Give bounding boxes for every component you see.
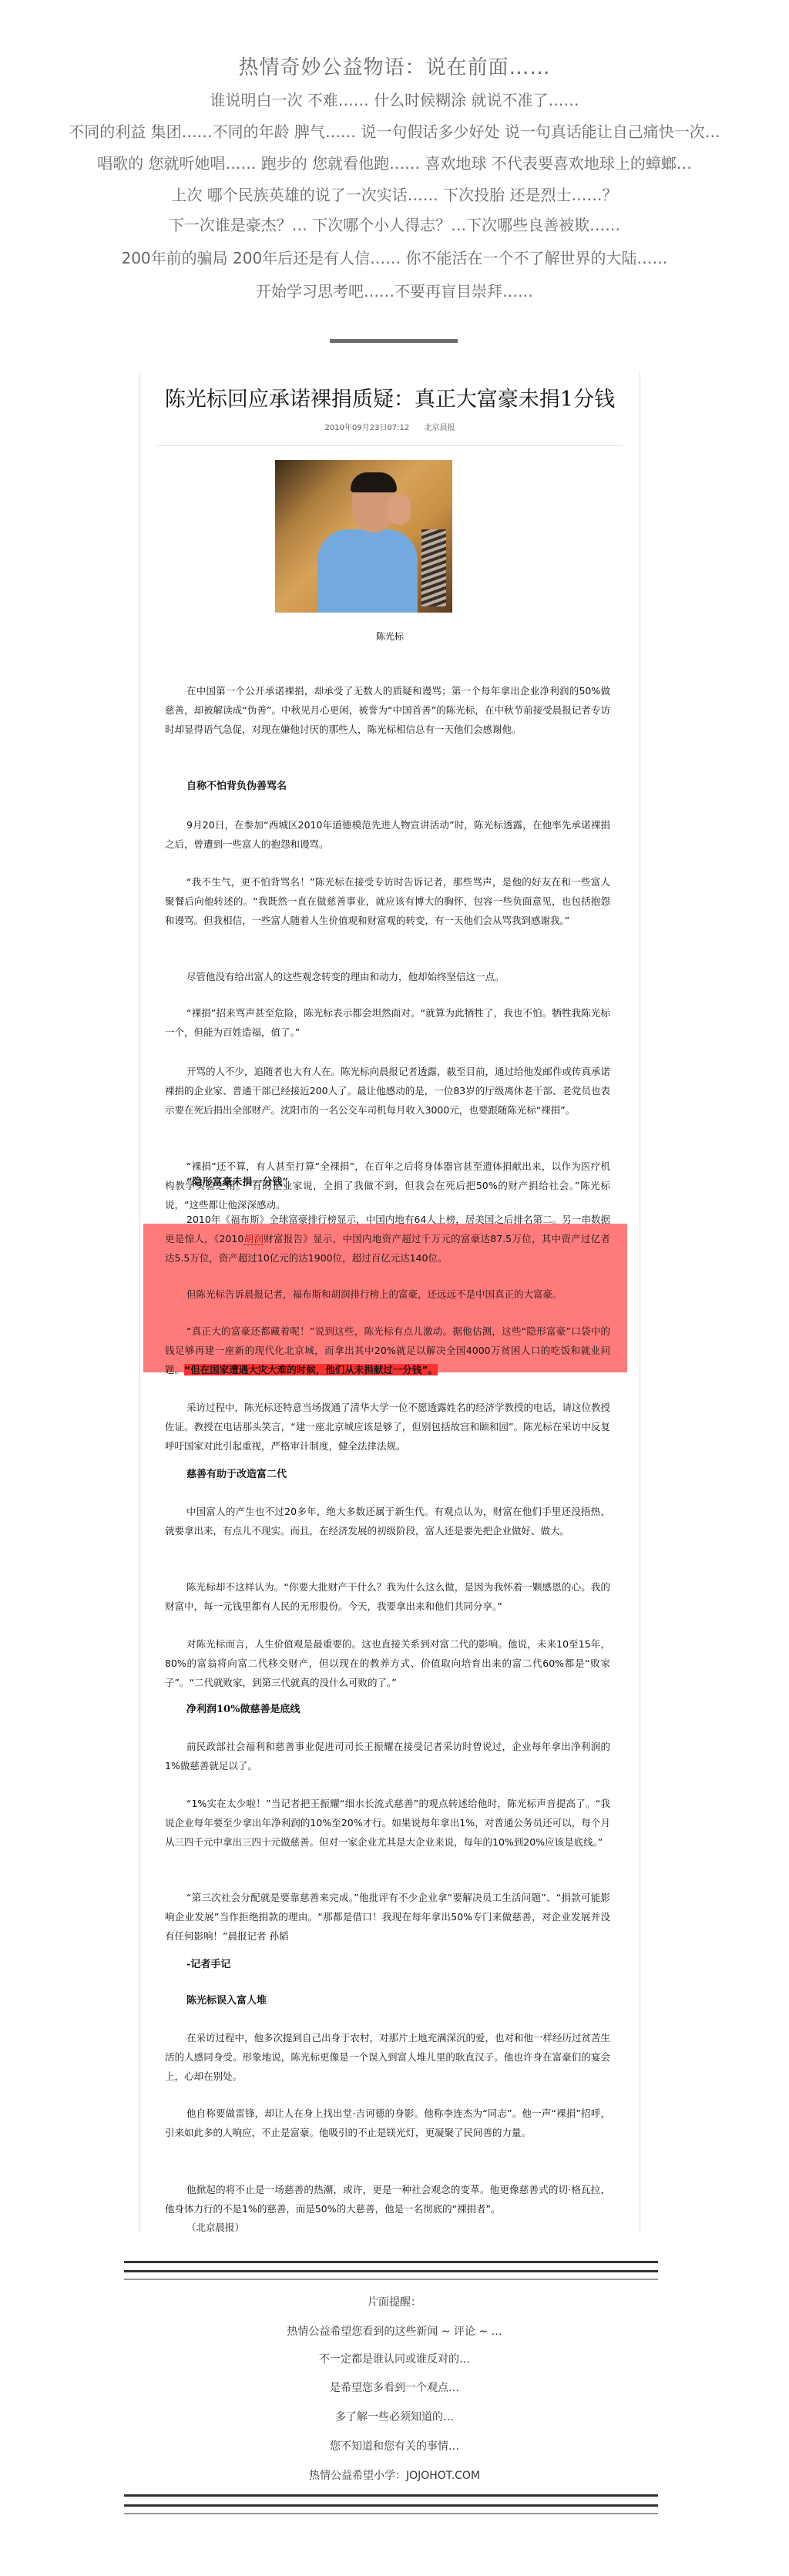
section-heading: 慈善有助于改造富二代 <box>186 1465 287 1484</box>
intro-line: 开始学习思考吧……不要再盲目崇拜…… <box>0 281 789 301</box>
footer-rule-bottom <box>124 2494 658 2497</box>
paragraph: 前民政部社会福利和慈善事业促进司司长王振耀在接受记者采访时曾说过，企业每年拿出净… <box>165 1737 610 1775</box>
article-title: 陈光标回应承诺裸捐质疑：真正大富豪未捐1分钱 <box>140 382 640 412</box>
article-source-footer: （北京晨报） <box>165 2218 610 2237</box>
intro-line: 唱歌的 您就听她唱…… 跑步的 您就看他跑…… 喜欢地球 不代表要喜欢地球上的蟑… <box>0 153 789 173</box>
footer-rule-top <box>124 2261 658 2263</box>
paragraph: 采访过程中，陈光标还特意当场拨通了清华大学一位不愿透露姓名的经济学教授的电话，请… <box>165 1398 610 1456</box>
footer-site-link[interactable]: 热情公益希望小学：JOJOHOT.COM <box>0 2469 789 2483</box>
paragraph: 在中国第一个公开承诺裸捐，却承受了无数人的质疑和谩骂；第一个每年拿出企业净利润的… <box>165 681 610 739</box>
paragraph: “裸捐”招来骂声甚至危险，陈光标表示都会坦然面对。“就算为此牺牲了，我也不怕。牺… <box>165 1003 610 1042</box>
footer-line: 多了解一些必须知道的… <box>0 2410 789 2424</box>
paragraph: “真正大的富豪还都藏着呢！”说到这些，陈光标有点儿激动。据他估测，这些“隐形富豪… <box>165 1322 610 1379</box>
footer-rule-bottom <box>124 2513 658 2514</box>
paragraph: 9月20日，在参加“西城区2010年道德模范先进人物宣讲活动”时，陈光标透露，在… <box>165 815 610 854</box>
section-heading: “隐形富豪未捐一分钱” <box>186 1173 288 1192</box>
footer-line: 您不知道和您有关的事情… <box>0 2440 789 2453</box>
highlighted-quote: “但在国家遭遇大灾大难的时候，他们从未捐献过一分钱”。 <box>184 1364 438 1375</box>
intro-line: 不同的利益 集团……不同的年龄 脾气…… 说一句假话多少好处 说一句真话能让自己… <box>0 122 789 142</box>
paragraph: 中国富人的产生也不过20多年，绝大多数还属于新生代。有观点认为，财富在他们手里还… <box>165 1502 610 1540</box>
photo-hair <box>351 472 397 492</box>
section-heading: 净利润10%做慈善是底线 <box>186 1700 300 1719</box>
intro-title: 热情奇妙公益物语：说在前面…… <box>0 55 789 80</box>
intro-line: 上次 哪个民族英雄的说了一次实话…… 下次投胎 还是烈士……？ <box>0 185 789 205</box>
intro-line: 200年前的骗局 200年后还是有人信…… 你不能活在一个不了解世界的大陆…… <box>0 248 789 268</box>
section-heading: 自称不怕背负伪善骂名 <box>186 777 287 796</box>
paragraph: “1%实在太少啦！”当记者把王振耀“细水长流式慈善”的观点转述给他时，陈光标声音… <box>165 1794 610 1852</box>
paragraph: 在采访过程中，他多次提到自己出身于农村，对那片土地充满深沉的爱，也对和他一样经历… <box>165 2028 610 2086</box>
paragraph: 陈光标却不这样认为。“你要大批财产干什么？我为什么这么做，是因为我怀着一颗感恩的… <box>165 1577 610 1616</box>
photo-fist <box>388 494 411 525</box>
footer-line: 片面提醒： <box>0 2296 789 2309</box>
article-source: 北京晨报 <box>424 424 455 432</box>
footer-line: 不一定都是谁认同或谁反对的… <box>0 2353 789 2366</box>
section-heading: 陈光标误入富人堆 <box>186 1991 267 2010</box>
intro-divider <box>330 339 458 343</box>
hurun-link[interactable]: 胡润 <box>243 1233 264 1245</box>
paragraph: 他自称要做雷锋，却让人在身上找出堂·吉诃德的身影。他称李连杰为“同志”。他一声“… <box>165 2104 610 2142</box>
photo-shirt <box>317 529 418 613</box>
photo-caption: 陈光标 <box>140 630 640 643</box>
footer-line: 是希望您多看到一个观点… <box>0 2381 789 2395</box>
article-datetime: 2010年09月23日07:12 <box>325 424 410 432</box>
footer-rule-bottom <box>124 2504 658 2507</box>
paragraph: 尽管他没有给出富人的这些观念转变的理由和动力，他却始终坚信这一点。 <box>165 967 610 986</box>
article-divider <box>157 445 623 446</box>
paragraph: 2010年《福布斯》全球富豪排行榜显示，中国内地有64人上榜，居美国之后排名第二… <box>165 1210 610 1268</box>
paragraph: 开骂的人不少，追随者也大有人在。陈光标向晨报记者透露，截至目前，通过给他发邮件或… <box>165 1062 610 1120</box>
section-heading: -记者手记 <box>186 1955 230 1974</box>
article-frame: 陈光标回应承诺裸捐质疑：真正大富豪未捐1分钱 2010年09月23日07:12 … <box>139 373 640 2233</box>
paragraph: 他掀起的将不止是一场慈善的热潮，或许，更是一种社会观念的变革。他更像慈善式的切·… <box>165 2180 610 2218</box>
paragraph: “我不生气，更不怕背骂名！”陈光标在接受专访时告诉记者，那些骂声，是他的好友在和… <box>165 872 610 930</box>
footer-line: 热情公益希望您看到的这些新闻 ~ 评论 ~ … <box>0 2325 789 2339</box>
footer-rule-top <box>124 2279 658 2280</box>
photo-cushion <box>421 529 446 606</box>
article-photo <box>275 460 452 613</box>
intro-line: 谁说明白一次 不难…… 什么时候糊涂 就说不准了…… <box>0 90 789 110</box>
intro-line: 下一次谁是豪杰？… 下次哪个小人得志？…下次哪些良善被欺…… <box>0 215 789 235</box>
paragraph: “第三次社会分配就是要靠慈善来完成。”他批评有不少企业拿“要解决员工生活问题”、… <box>165 1888 610 1946</box>
footer-rule-top <box>124 2270 658 2272</box>
paragraph: 对陈光标而言，人生价值观是最重要的。这也直接关系到对富二代的影响。他说，未来10… <box>165 1634 610 1692</box>
paragraph: 但陈光标告诉晨报记者，福布斯和胡润排行榜上的富豪，还远远不是中国真正的大富豪。 <box>165 1285 610 1304</box>
article-meta: 2010年09月23日07:12 北京晨报 <box>140 421 640 432</box>
